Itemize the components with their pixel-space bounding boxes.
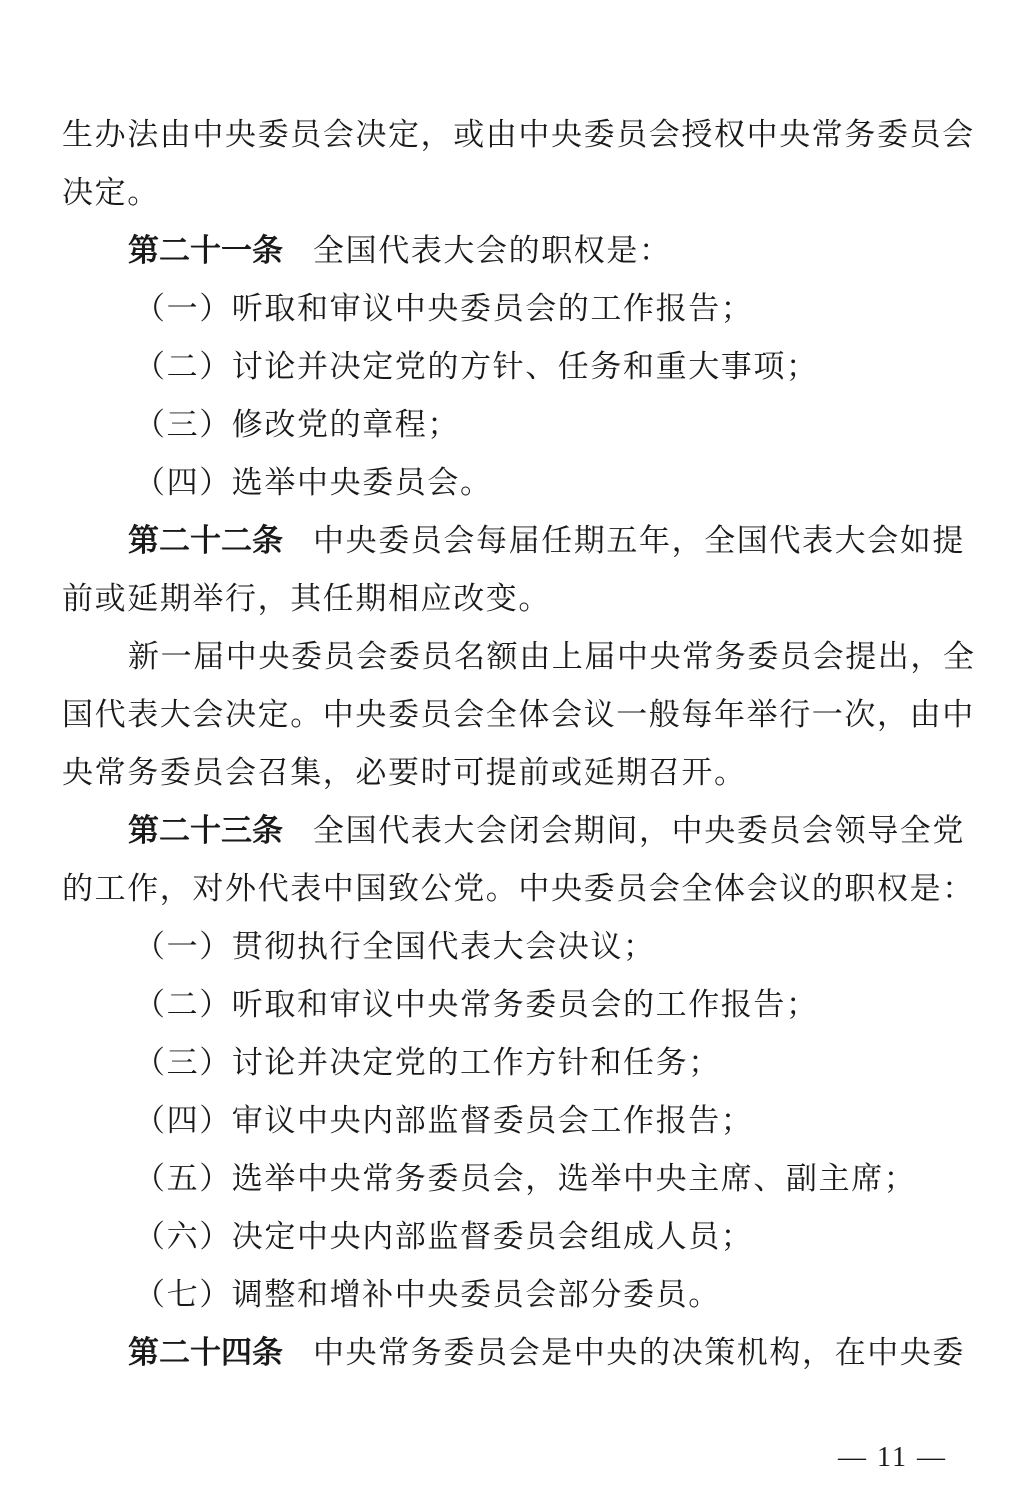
- list-item: （四）选举中央委员会。: [62, 460, 978, 518]
- article-text-line: 前或延期举行，其任期相应改变。: [62, 576, 978, 634]
- article-number: 第二十三条: [128, 813, 283, 849]
- paragraph-line: 央常务委员会召集，必要时可提前或延期召开。: [62, 750, 978, 808]
- paragraph-line: 新一届中央委员会委员名额由上届中央常务委员会提出，全: [62, 634, 978, 692]
- article-22-heading: 第二十二条中央委员会每届任期五年，全国代表大会如提: [62, 518, 978, 576]
- article-text: 中央常务委员会是中央的决策机构，在中央委: [313, 1335, 965, 1371]
- article-number: 第二十二条: [128, 523, 283, 559]
- continuation-line: 生办法由中央委员会决定，或由中央委员会授权中央常务委员会: [62, 112, 978, 170]
- document-page: 生办法由中央委员会决定，或由中央委员会授权中央常务委员会 决定。 第二十一条全国…: [62, 112, 978, 1388]
- list-item: （三）讨论并决定党的工作方针和任务；: [62, 1040, 978, 1098]
- article-text: 中央委员会每届任期五年，全国代表大会如提: [313, 523, 965, 559]
- list-item: （四）审议中央内部监督委员会工作报告；: [62, 1098, 978, 1156]
- list-item: （五）选举中央常务委员会，选举中央主席、副主席；: [62, 1156, 978, 1214]
- list-item: （三）修改党的章程；: [62, 402, 978, 460]
- paragraph-line: 国代表大会决定。中央委员会全体会议一般每年举行一次，由中: [62, 692, 978, 750]
- page-number: — 11 —: [838, 1442, 947, 1474]
- continuation-line: 决定。: [62, 170, 978, 228]
- list-item: （六）决定中央内部监督委员会组成人员；: [62, 1214, 978, 1272]
- article-23-heading: 第二十三条全国代表大会闭会期间，中央委员会领导全党: [62, 808, 978, 866]
- article-number: 第二十四条: [128, 1335, 283, 1371]
- list-item: （二）听取和审议中央常务委员会的工作报告；: [62, 982, 978, 1040]
- article-21-heading: 第二十一条全国代表大会的职权是：: [62, 228, 978, 286]
- list-item: （七）调整和增补中央委员会部分委员。: [62, 1272, 978, 1330]
- list-item: （一）听取和审议中央委员会的工作报告；: [62, 286, 978, 344]
- article-24-heading: 第二十四条中央常务委员会是中央的决策机构，在中央委: [62, 1330, 978, 1388]
- article-number: 第二十一条: [128, 233, 283, 269]
- article-text: 全国代表大会的职权是：: [313, 233, 672, 269]
- list-item: （二）讨论并决定党的方针、任务和重大事项；: [62, 344, 978, 402]
- list-item: （一）贯彻执行全国代表大会决议；: [62, 924, 978, 982]
- article-text: 全国代表大会闭会期间，中央委员会领导全党: [313, 813, 965, 849]
- article-text-line: 的工作，对外代表中国致公党。中央委员会全体会议的职权是：: [62, 866, 978, 924]
